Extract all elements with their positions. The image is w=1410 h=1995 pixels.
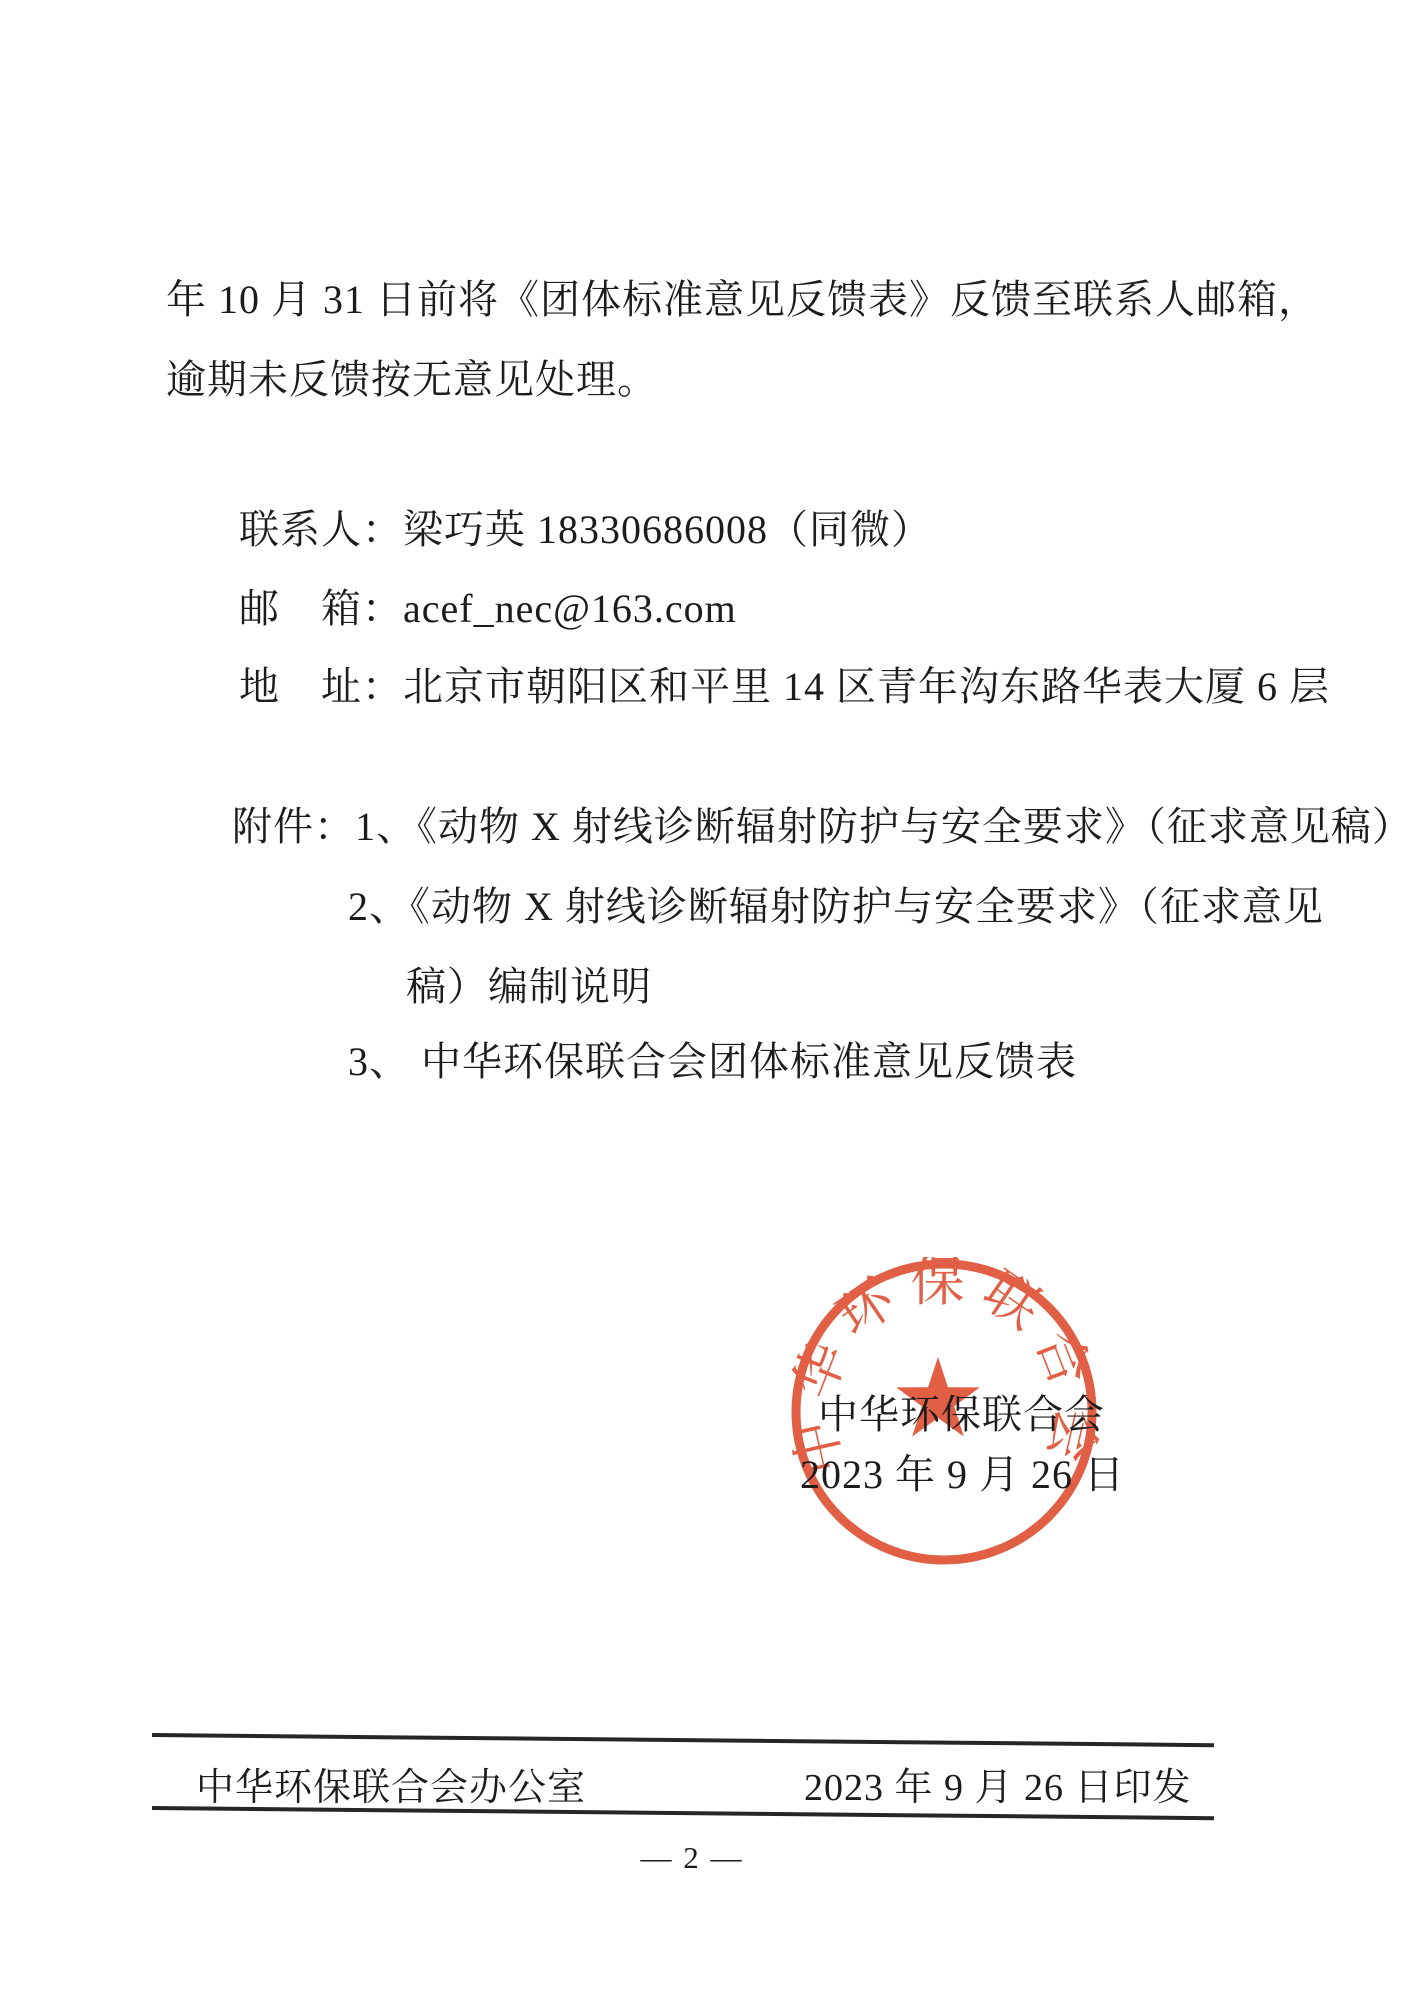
contact-person-line: 联系人：梁巧英 18330686008（同微） (239, 498, 932, 555)
signature-date: 2023 年 9 月 26 日 (800, 1443, 1125, 1500)
page-number: — 2 — (641, 1840, 744, 1876)
attachment-line-3: 稿）编制说明 (406, 955, 652, 1012)
footer-top-rule (152, 1733, 1214, 1747)
signature-org: 中华环保联合会 (818, 1383, 1105, 1440)
footer-office: 中华环保联合会办公室 (196, 1756, 586, 1811)
contact-address-line: 地 址：北京市朝阳区和平里 14 区青年沟东路华表大厦 6 层 (239, 655, 1330, 712)
contact-email-line: 邮 箱：acef_nec@163.com (239, 577, 737, 634)
paragraph-line-1: 年 10 月 31 日前将《团体标准意见反馈表》反馈至联系人邮箱， (166, 268, 1319, 325)
attachment-line-1: 附件：1、《动物 X 射线诊断辐射防护与安全要求》（征求意见稿） (232, 795, 1410, 852)
footer-issue-date: 2023 年 9 月 26 日印发 (804, 1756, 1192, 1811)
paragraph-line-2: 逾期未反馈按无意见处理。 (166, 348, 658, 405)
scanned-letter-page: 年 10 月 31 日前将《团体标准意见反馈表》反馈至联系人邮箱， 逾期未反馈按… (0, 0, 1410, 1995)
attachment-line-4: 3、 中华环保联合会团体标准意见反馈表 (348, 1030, 1077, 1087)
attachment-line-2: 2、《动物 X 射线诊断辐射防护与安全要求》（征求意见 (348, 875, 1324, 932)
